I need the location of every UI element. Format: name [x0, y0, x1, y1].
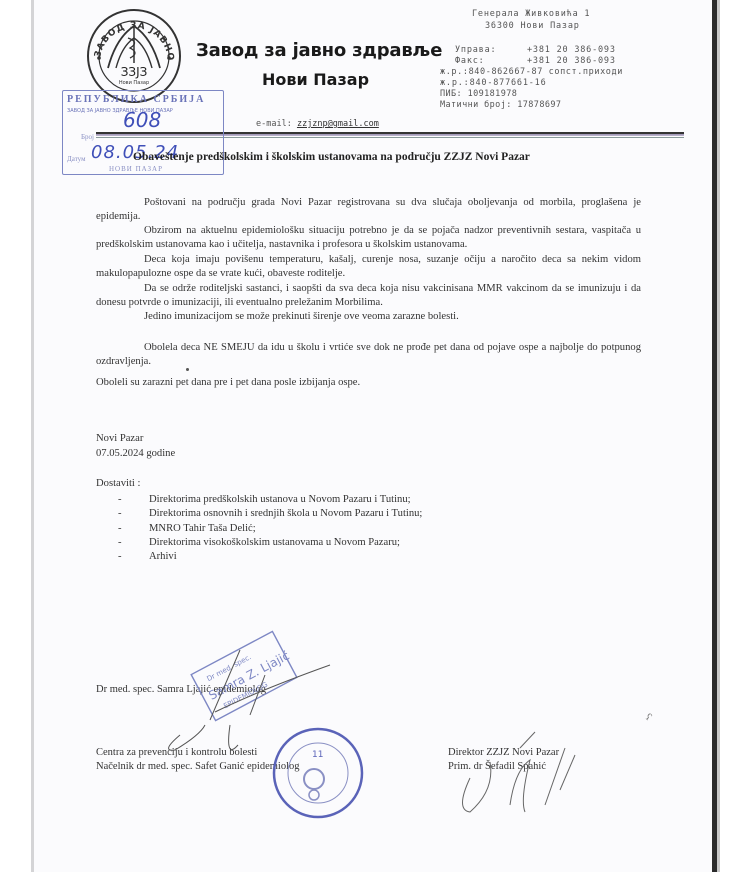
list-item: -MNRO Tahir Taša Delić;: [118, 522, 422, 536]
list-item: -Arhivi: [118, 550, 422, 564]
paragraph-7: Oboleli su zarazni pet dana pre i pet da…: [96, 376, 641, 390]
stamp-republic: РЕПУБЛИКА СРБИЈА: [67, 94, 205, 105]
registration-number: Матични број: 17878697: [440, 100, 561, 111]
svg-text:ЗАВОД ЗА ЈАВНО ЗДРАВЉЕ: ЗАВОД ЗА ЈАВНО ЗДРАВЉЕ: [86, 8, 175, 62]
email-line: e-mail: zzjznp@gmail.com: [256, 119, 379, 129]
document-subject: Obaveštenje predškolskim i školskim usta…: [133, 151, 530, 163]
paragraph-3: Deca koja imaju povišenu temperaturu, ka…: [96, 253, 641, 282]
list-item: -Direktorima osnovnih i srednjih škola u…: [118, 507, 422, 521]
fax-label: Факс:: [455, 56, 485, 67]
org-city: Нови Пазар: [262, 70, 369, 89]
phone-label: Управа:: [455, 45, 496, 56]
paragraph-4: Da se održe roditeljski sastanci, i saop…: [96, 282, 641, 311]
paragraph-5: Jedino imunizacijom se može prekinuti ši…: [96, 310, 641, 324]
recipient-list: -Direktorima predškolskih ustanova u Nov…: [118, 493, 422, 564]
center-signature-block: Centra za prevenciju i kontrolu bolesti …: [96, 746, 300, 774]
stamp-city: НОВИ ПАЗАР: [109, 165, 163, 173]
email-link[interactable]: zzjznp@gmail.com: [297, 119, 379, 129]
center-name: Centra za prevenciju i kontrolu bolesti: [96, 746, 300, 760]
director-name: Prim. dr Šefadil Spahić: [448, 760, 559, 774]
center-head: Načelnik dr med. spec. Safet Ganić epide…: [96, 760, 300, 774]
stamp-number: 608: [123, 108, 161, 132]
seal-abbr: ЗЗЈЗ: [121, 65, 148, 79]
list-item: -Direktorima predškolskih ustanova u Nov…: [118, 493, 422, 507]
email-label: e-mail:: [256, 119, 292, 129]
stray-dot: [186, 368, 189, 371]
account-2: ж.р.:840-877661-16: [440, 78, 547, 89]
list-item: -Direktorima visokoškolskim ustanovama u…: [118, 536, 422, 550]
fax-number: +381 20 386-093: [527, 56, 616, 67]
phone-number: +381 20 386-093: [527, 45, 616, 56]
place: Novi Pazar: [96, 432, 175, 447]
epidemiologist-signature-name: Dr med. spec. Samra Ljajić epidemiolog: [96, 684, 266, 695]
director-title: Direktor ZZJZ Novi Pazar: [448, 746, 559, 760]
stamp-broj-label: Број: [81, 133, 94, 141]
paragraph-6: Obolela deca NE SMEJU da idu u školu i v…: [96, 341, 641, 370]
paragraph-1: Poštovani na području grada Novi Pazar r…: [96, 196, 641, 225]
account-1: ж.р.:840-862667-87 сопст.приходи: [440, 67, 623, 78]
dostaviti-label: Dostaviti :: [96, 478, 140, 489]
address-line-2: 36300 Нови Пазар: [485, 21, 580, 32]
address-line-1: Генерала Живковића 1: [472, 9, 590, 20]
pib: ПИБ: 109181978: [440, 89, 517, 100]
paragraph-2: Obzirom na aktuelnu epidemiološku situac…: [96, 224, 641, 253]
place-date-block: Novi Pazar 07.05.2024 godine: [96, 432, 175, 461]
document-date: 07.05.2024 godine: [96, 447, 175, 462]
page-edge-right-shadow: [717, 0, 720, 872]
director-signature-block: Direktor ZZJZ Novi Pazar Prim. dr Šefadi…: [448, 746, 559, 774]
stamp-datum-label: Датум: [67, 155, 86, 163]
org-name: Завод за јавно здравље: [196, 40, 442, 61]
seal-text-top: ЗАВОД ЗА ЈАВНО ЗДРАВЉЕ: [86, 8, 175, 62]
seal-city: Нови Пазар: [119, 80, 149, 86]
